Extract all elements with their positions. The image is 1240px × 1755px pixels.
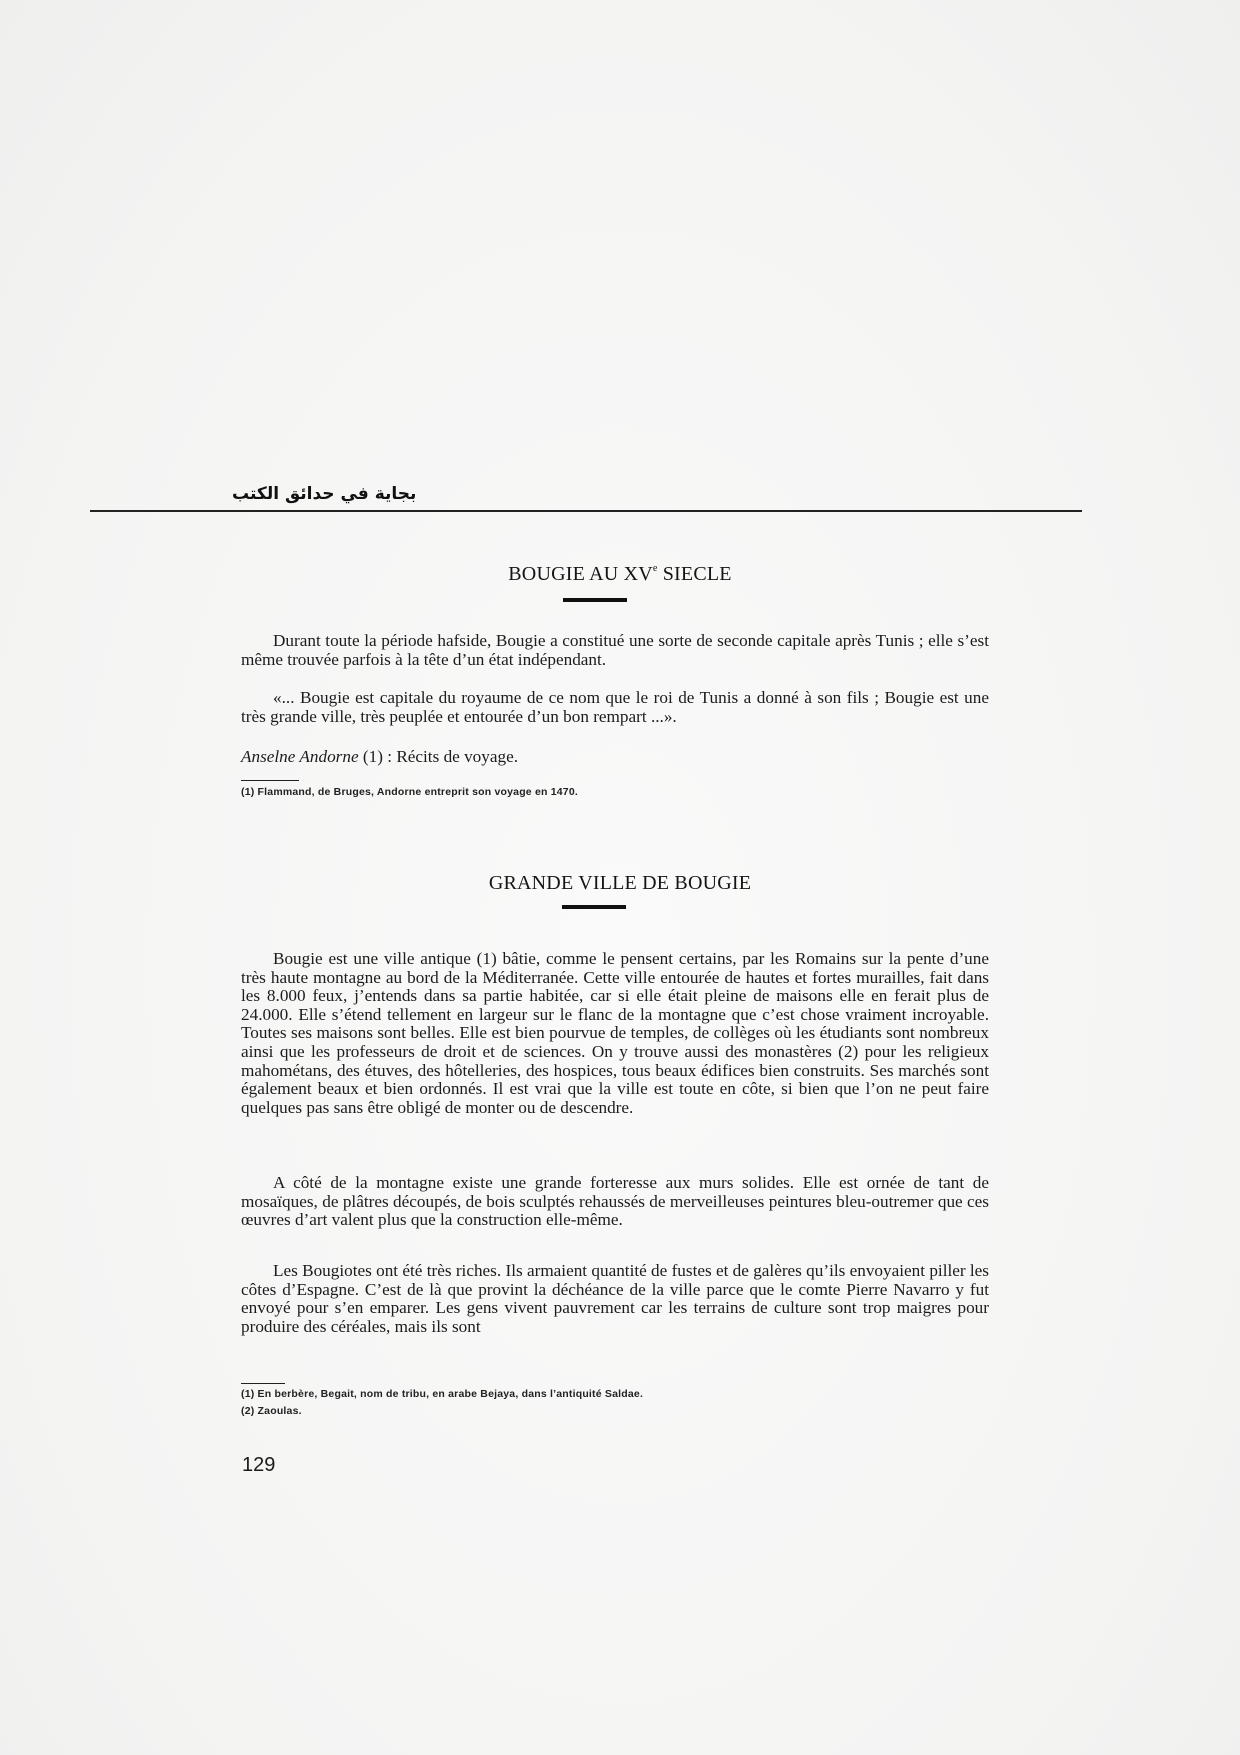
paragraph-quote: «... Bougie est capitale du royaume de c… xyxy=(241,689,989,726)
footnote-2-section-2: (2) Zaoulas. xyxy=(241,1405,302,1417)
footnote-rule xyxy=(241,780,299,781)
section-title-bougie-xv: BOUGIE AU XVe SIECLE xyxy=(0,563,1240,586)
paragraph-text: «... Bougie est capitale du royaume de c… xyxy=(241,688,989,726)
quote-attribution: Anselne Andorne (1) : Récits de voyage. xyxy=(241,747,518,767)
page-number: 129 xyxy=(242,1454,275,1477)
paragraph-intro: Durant toute la période hafside, Bougie … xyxy=(241,632,989,669)
footnote-rule xyxy=(241,1383,285,1384)
attribution-author: Anselne Andorne xyxy=(241,747,359,766)
footnote-1-section-1: (1) Flammand, de Bruges, Andorne entrepr… xyxy=(241,786,578,798)
paragraph-text: Durant toute la période hafside, Bougie … xyxy=(241,631,989,669)
section-title-underline xyxy=(562,905,626,909)
section-title-grande-ville: GRANDE VILLE DE BOUGIE xyxy=(0,872,1240,895)
section-title-text: GRANDE VILLE DE BOUGIE xyxy=(489,872,751,894)
attribution-work: Récits de voyage. xyxy=(396,747,518,766)
attribution-note-ref: (1) : xyxy=(359,747,397,766)
paragraph-text: A côté de la montagne existe une grande … xyxy=(241,1173,989,1229)
section-title-text: BOUGIE AU XV xyxy=(508,563,653,585)
document-page: بجاية في حدائق الكتب BOUGIE AU XVe SIECL… xyxy=(0,0,1240,1755)
paragraph-text: Les Bougiotes ont été très riches. Ils a… xyxy=(241,1261,989,1336)
paragraph-fortress: A côté de la montagne existe une grande … xyxy=(241,1174,989,1230)
running-head-arabic: بجاية في حدائق الكتب xyxy=(232,484,416,504)
paragraph-bougiotes: Les Bougiotes ont été très riches. Ils a… xyxy=(241,1262,989,1336)
section-title-tail: SIECLE xyxy=(658,563,732,585)
paragraph-city-description: Bougie est une ville antique (1) bâtie, … xyxy=(241,950,989,1117)
paragraph-text: Bougie est une ville antique (1) bâtie, … xyxy=(241,949,989,1117)
header-rule xyxy=(90,510,1082,512)
section-title-underline xyxy=(563,598,627,602)
footnote-1-section-2: (1) En berbère, Begait, nom de tribu, en… xyxy=(241,1388,643,1400)
